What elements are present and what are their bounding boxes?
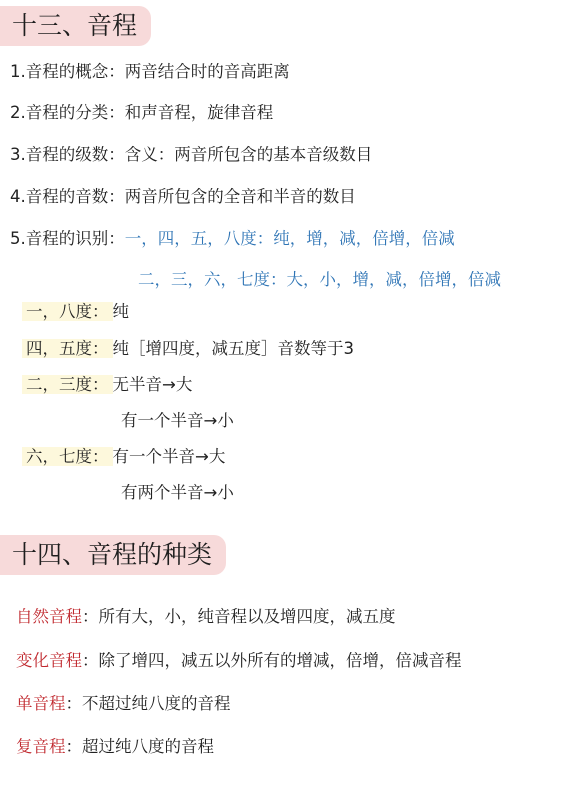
detail-text: 纯 (113, 302, 130, 321)
separator: ： (82, 607, 99, 626)
detail-1-8: 一，八度：纯 (26, 300, 129, 324)
detail-6-7: 六，七度：有一个半音→大 (26, 445, 225, 469)
separator: ： (66, 694, 83, 713)
item-text: 和声音程，旋律音程 (125, 103, 274, 122)
section-14-heading: 十四、音程的种类 (0, 535, 226, 575)
definition: 不超过纯八度的音程 (82, 694, 231, 713)
item-text: 两音结合时的音高距离 (125, 62, 290, 81)
term: 单音程 (16, 694, 66, 713)
detail-label: 六，七度： (22, 447, 113, 466)
natural-interval-line: 自然音程：所有大，小，纯音程以及增四度，减五度 (16, 605, 396, 629)
detail-4-5: 四，五度：纯［增四度，减五度］音数等于3 (26, 337, 354, 361)
identification-line-2: 二，三，六，七度：大，小，增，减，倍增，倍减 (138, 268, 501, 292)
definition: 除了增四，减五以外所有的增减，倍增，倍减音程 (99, 651, 462, 670)
detail-text: 无半音→大 (113, 375, 193, 394)
degree-line: 3.音程的级数：含义：两音所包含的基本音级数目 (10, 143, 372, 167)
detail-text: 纯［增四度，减五度］音数等于3 (113, 339, 355, 358)
classification-line: 2.音程的分类：和声音程，旋律音程 (10, 101, 273, 125)
concept-line: 1.音程的概念：两音结合时的音高距离 (10, 60, 290, 84)
term: 变化音程 (16, 651, 82, 670)
item-text: 两音所包含的全音和半音的数目 (125, 187, 356, 206)
identification-line: 5.音程的识别：一，四，五，八度：纯，增，减，倍增，倍减 (10, 227, 455, 251)
separator: ： (82, 651, 99, 670)
section-13-heading: 十三、音程 (0, 6, 151, 46)
definition: 超过纯八度的音程 (82, 737, 214, 756)
detail-6-7-line2: 有两个半音→小 (121, 481, 234, 505)
detail-text: 有一个半音→大 (113, 447, 226, 466)
simple-interval-line: 单音程：不超过纯八度的音程 (16, 692, 231, 716)
item-label: 2.音程的分类： (10, 103, 125, 122)
altered-interval-line: 变化音程：除了增四，减五以外所有的增减，倍增，倍减音程 (16, 649, 462, 673)
detail-2-3: 二，三度：无半音→大 (26, 373, 192, 397)
term: 自然音程 (16, 607, 82, 626)
detail-label: 四，五度： (22, 339, 113, 358)
detail-label: 一，八度： (22, 302, 113, 321)
item-label: 4.音程的音数： (10, 187, 125, 206)
item-label: 5.音程的识别： (10, 229, 125, 248)
detail-2-3-line2: 有一个半音→小 (121, 409, 234, 433)
item-text: 含义：两音所包含的基本音级数目 (125, 145, 373, 164)
compound-interval-line: 复音程：超过纯八度的音程 (16, 735, 214, 759)
term: 复音程 (16, 737, 66, 756)
item-label: 3.音程的级数： (10, 145, 125, 164)
item-label: 1.音程的概念： (10, 62, 125, 81)
definition: 所有大，小，纯音程以及增四度，减五度 (99, 607, 396, 626)
detail-label: 二，三度： (22, 375, 113, 394)
semitone-count-line: 4.音程的音数：两音所包含的全音和半音的数目 (10, 185, 356, 209)
separator: ： (66, 737, 83, 756)
item-text-blue: 一，四，五，八度：纯，增，减，倍增，倍减 (125, 229, 455, 248)
